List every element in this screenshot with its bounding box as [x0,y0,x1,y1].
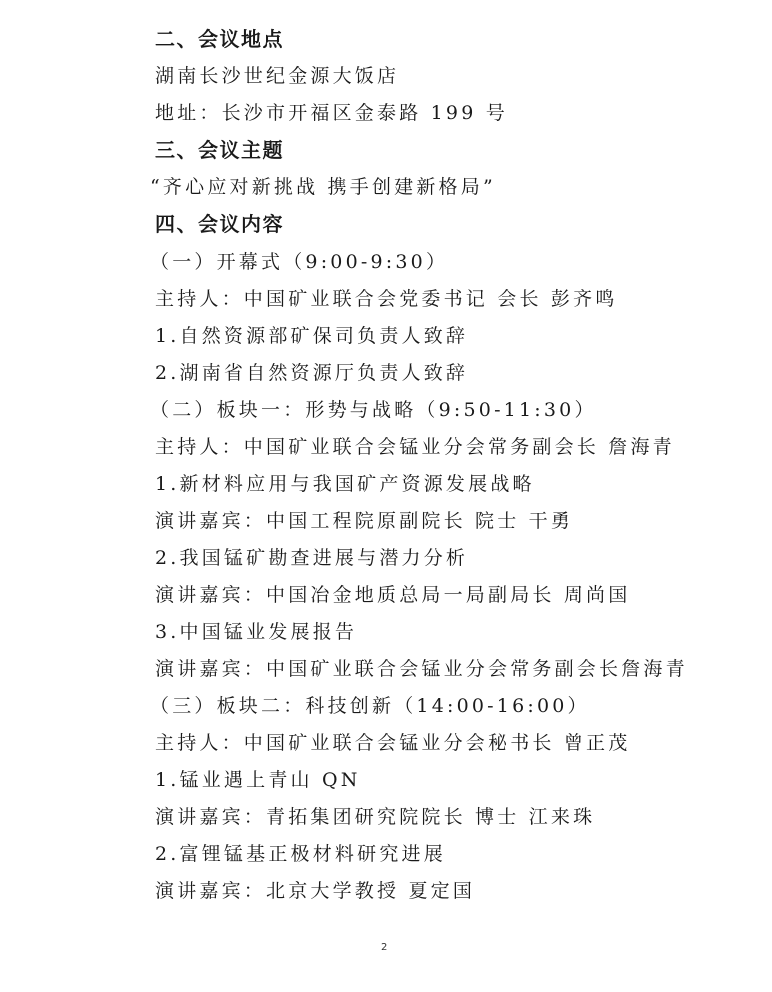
host-line: 主持人：中国矿业联合会锰业分会常务副会长 詹海青 [155,435,675,459]
host-line: 主持人：中国矿业联合会党委书记 会长 彭齐鸣 [155,287,617,311]
agenda-item: 2.富锂锰基正极材料研究进展 [155,842,446,866]
speaker-line: 演讲嘉宾：青拓集团研究院院长 博士 江来珠 [155,805,595,829]
meeting-theme: “齐心应对新挑战 携手创建新格局” [150,175,496,199]
agenda-item: 2.湖南省自然资源厅负责人致辞 [155,361,468,385]
subsection-block-one: （二）板块一：形势与战略（9:50-11:30） [150,398,597,422]
venue-address: 地址：长沙市开福区金泰路 199 号 [155,101,508,125]
agenda-item: 2.我国锰矿勘查进展与潜力分析 [155,546,468,570]
speaker-line: 演讲嘉宾：中国矿业联合会锰业分会常务副会长詹海青 [155,657,688,681]
venue-name: 湖南长沙世纪金源大饭店 [155,64,399,88]
page-number: 2 [381,942,387,953]
section-heading-venue: 二、会议地点 [155,27,284,51]
subsection-block-two: （三）板块二：科技创新（14:00-16:00） [150,694,590,718]
speaker-line: 演讲嘉宾：中国冶金地质总局一局副局长 周尚国 [155,583,630,607]
speaker-line: 演讲嘉宾：中国工程院原副院长 院士 干勇 [155,509,573,533]
subsection-opening: （一）开幕式（9:00-9:30） [150,250,448,274]
agenda-item: 3.中国锰业发展报告 [155,620,357,644]
agenda-item: 1.自然资源部矿保司负责人致辞 [155,324,468,348]
section-heading-content: 四、会议内容 [155,212,284,236]
speaker-line: 演讲嘉宾：北京大学教授 夏定国 [155,879,475,903]
document-page: 二、会议地点 湖南长沙世纪金源大饭店 地址：长沙市开福区金泰路 199 号 三、… [0,0,772,992]
section-heading-theme: 三、会议主题 [155,138,284,162]
agenda-item: 1.新材料应用与我国矿产资源发展战略 [155,472,535,496]
host-line: 主持人：中国矿业联合会锰业分会秘书长 曾正茂 [155,731,630,755]
agenda-item: 1.锰业遇上青山 QN [155,768,361,792]
